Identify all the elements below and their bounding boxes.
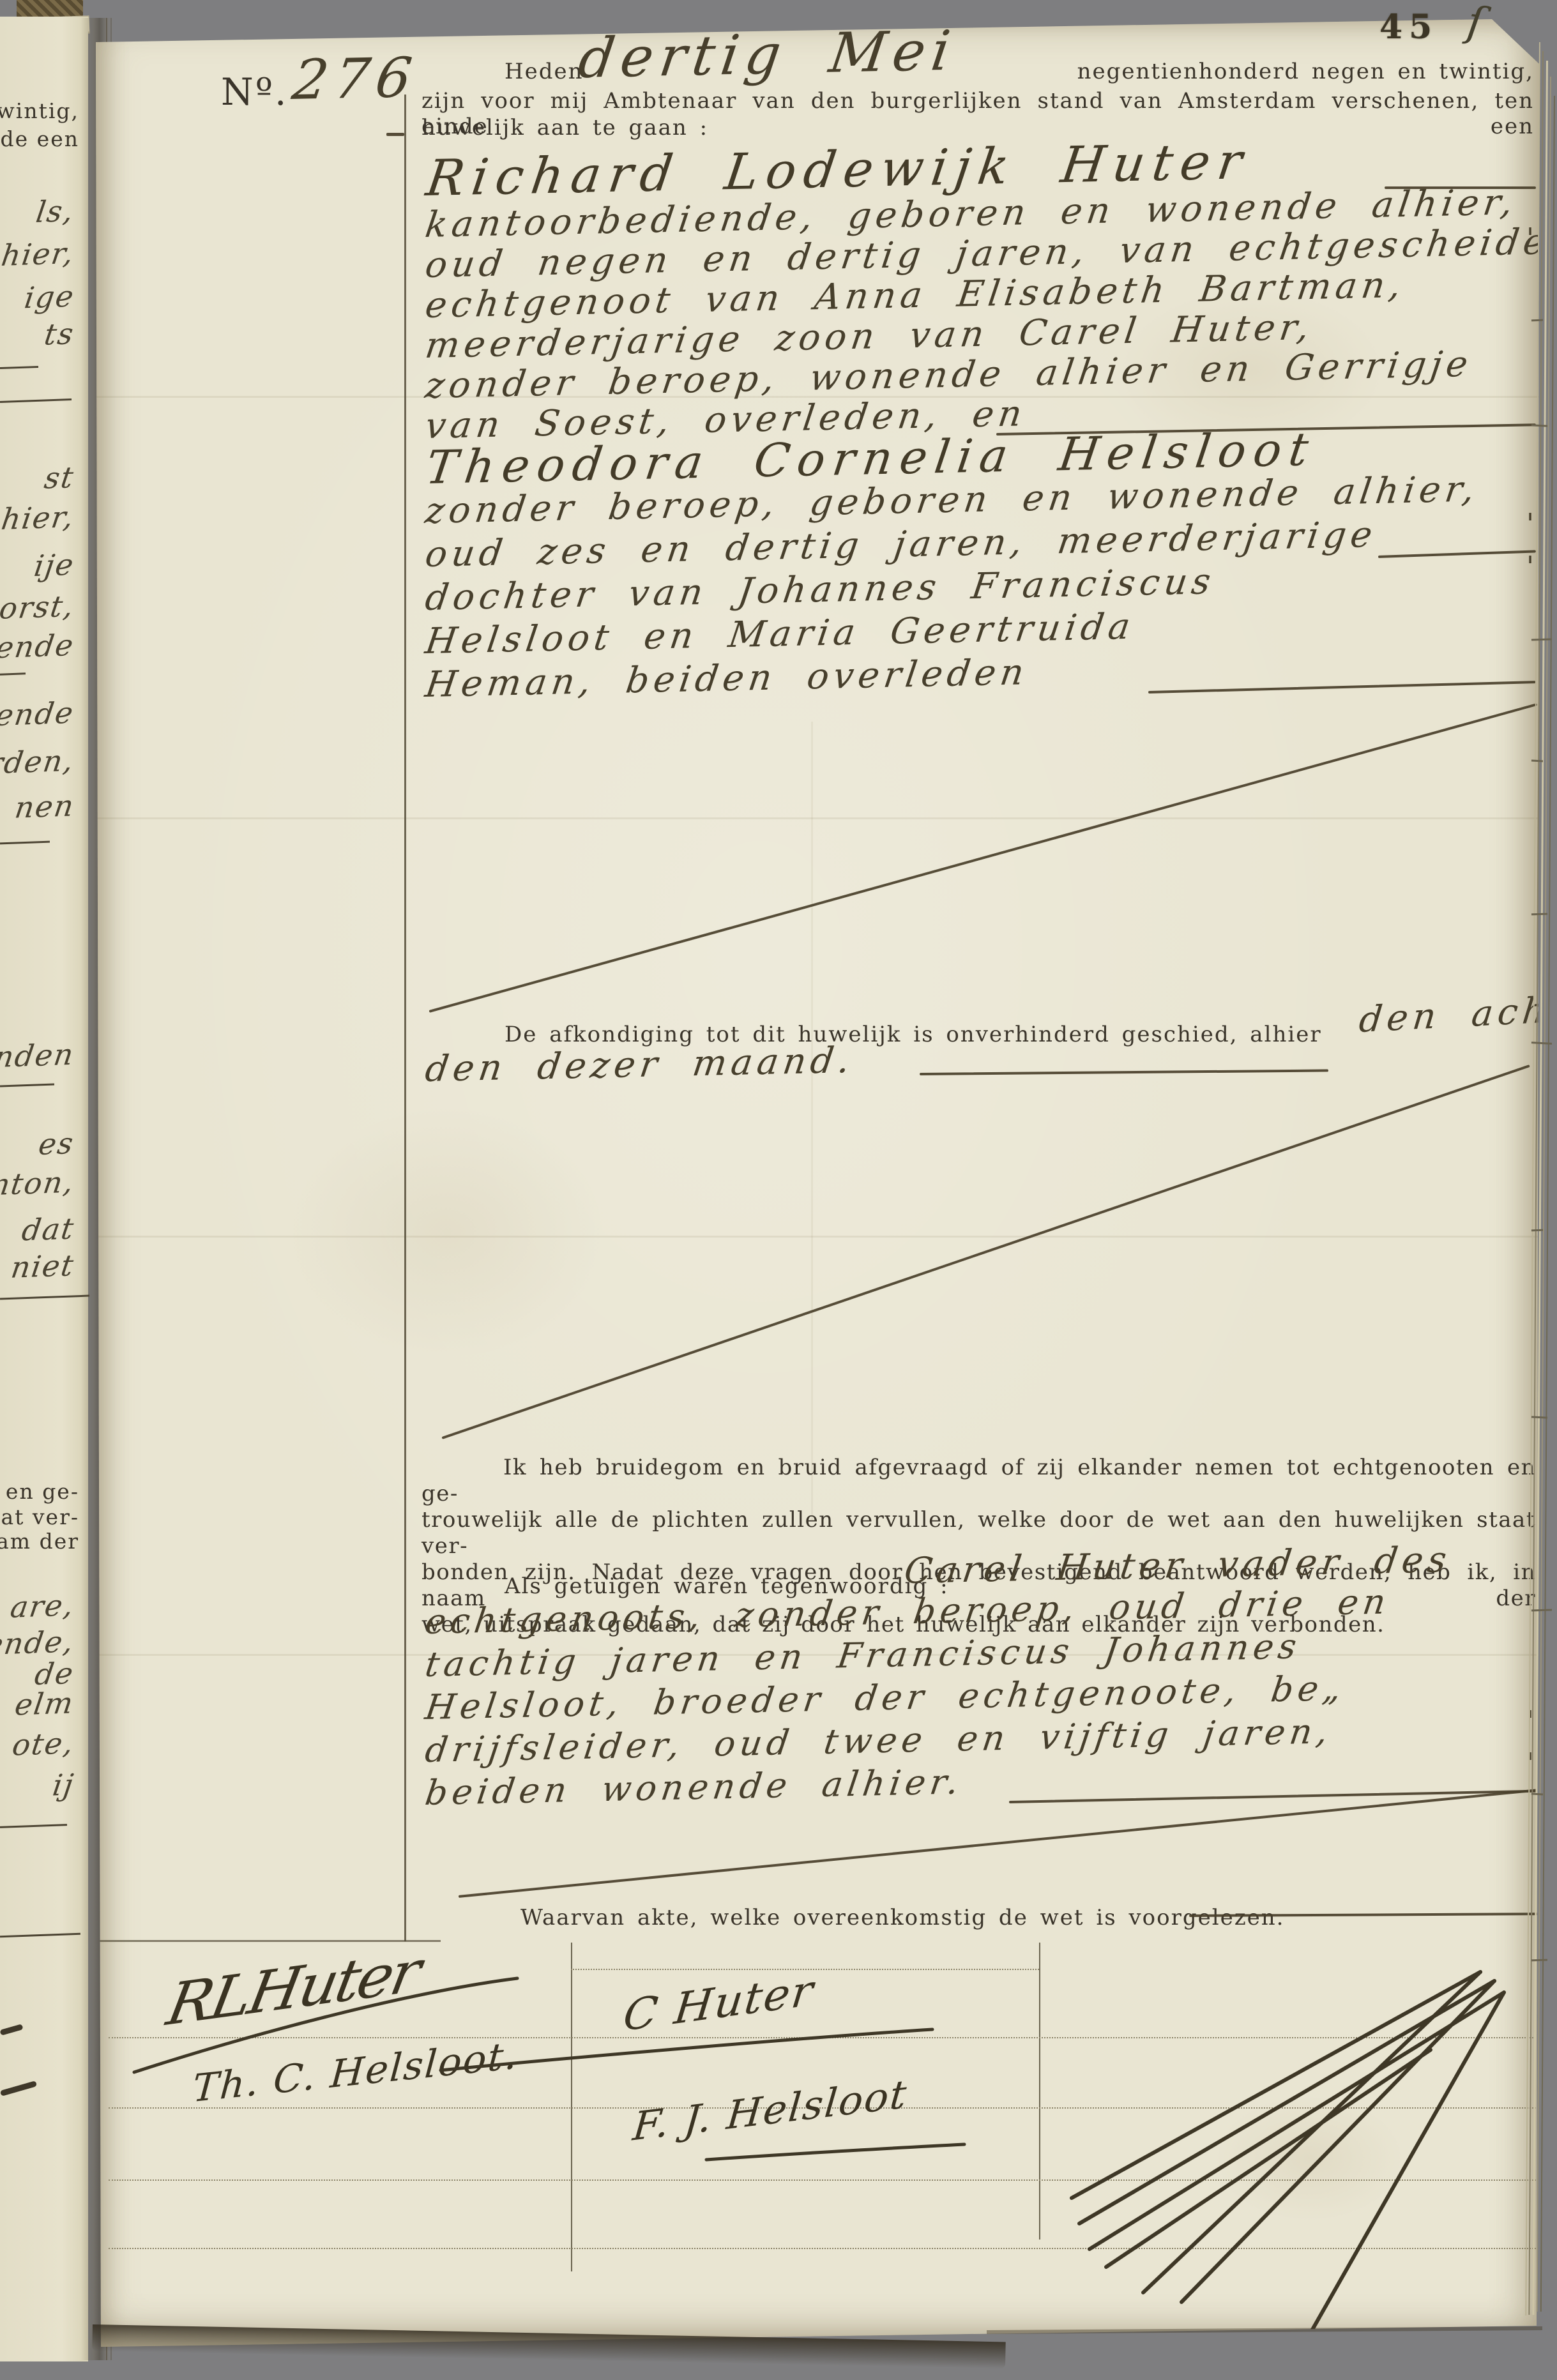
margin-fragment-0: wintig,: [0, 98, 79, 123]
margin-fragment-22: dat: [20, 1211, 77, 1248]
margin-fragment-7: [0, 398, 72, 402]
act-number-value: 276: [289, 46, 422, 112]
ink-flourish-line: [920, 1069, 1328, 1075]
handwritten-date: dertig Mei: [575, 19, 961, 91]
witness-line-4: beiden wonende alhier.: [423, 1761, 966, 1813]
margin-fragment-11: lorst,: [0, 589, 77, 626]
margin-fragment-1: de een: [1, 126, 79, 151]
margin-fragment-3: hier,: [0, 236, 77, 273]
printed-afkondiging: De afkondiging tot dit huwelijk is onver…: [505, 1022, 1322, 1047]
margin-fragment-36: [0, 2024, 24, 2036]
ink-dash: [1148, 681, 1536, 694]
act-number-dash: [386, 133, 404, 136]
margin-fragment-8: st: [42, 460, 77, 496]
margin-continuation-mark-4: ': [1526, 1747, 1534, 1780]
page-stack-rule-tick-6: [1531, 1229, 1543, 1231]
margin-fragment-35: [0, 1933, 80, 1937]
printed-closing: Waarvan akte, welke overeenkomstig de we…: [520, 1905, 1284, 1930]
act-number-label: Nº.: [221, 70, 288, 114]
margin-fragment-24: [0, 1295, 89, 1300]
page-number-stamp: 45: [1379, 8, 1438, 47]
margin-continuation-mark-2: ': [1526, 550, 1534, 583]
paper-stain: [287, 1105, 607, 1360]
signature-grid-vline: [1039, 1943, 1040, 2240]
printed-heden: Heden: [505, 59, 584, 84]
margin-fragment-2: ls,: [34, 193, 77, 229]
signature-grid-dotted-line: [109, 2037, 1536, 2038]
signature-grid-dotted-line: [109, 2248, 1536, 2249]
handwritten-afkondiging-date: den achttien„: [1357, 983, 1557, 1041]
margin-fragment-27: aam der: [0, 1529, 79, 1554]
margin-fragment-10: ije: [32, 547, 77, 583]
margin-fragment-28: are,: [8, 1588, 77, 1624]
signature-grid-dotted-line: [109, 2179, 1536, 2181]
margin-fragment-33: ij: [50, 1767, 77, 1802]
printed-intro-line3: huwelijk aan te gaan :: [422, 115, 708, 140]
witness-brother-signature-flourish: [706, 2144, 964, 2160]
margin-continuation-mark-1: ': [1526, 508, 1534, 540]
paper-crease: [811, 722, 813, 1520]
margin-fragment-34: [0, 1824, 67, 1828]
margin-fragment-19: [0, 1084, 54, 1087]
margin-fragment-13: [0, 672, 26, 675]
margin-fragment-18: nden: [0, 1037, 77, 1074]
marriage-certificate-page: Nº. 276 Heden dertig Mei negentienhonder…: [96, 19, 1540, 2347]
margin-fragment-23: niet: [9, 1248, 77, 1284]
margin-fragment-17: [0, 841, 50, 844]
margin-fragment-6: [0, 366, 38, 369]
margin-fragment-16: nen: [12, 788, 77, 824]
margin-fragment-25: n en ge-: [0, 1479, 79, 1504]
printed-year: negentienhonderd negen en twintig,: [1077, 59, 1534, 84]
margin-fragment-31: elm: [13, 1685, 77, 1722]
paper-crease: [96, 817, 1540, 819]
margin-fragment-32: ote,: [10, 1725, 77, 1762]
margin-column-rule: [404, 95, 406, 1941]
margin-fragment-4: ige: [22, 279, 77, 315]
signature-bride: Th. C. Helsloot.: [191, 2033, 520, 2111]
margin-fragment-5: ts: [42, 316, 77, 352]
margin-fragment-12: diende: [0, 628, 77, 666]
margin-continuation-mark-0: ': [1526, 222, 1534, 255]
margin-fragment-26: taat ver-: [0, 1505, 79, 1529]
previous-page-edge: wintig,de eenls,hier,igetssthier,ijelors…: [0, 17, 88, 2361]
signature-witness-brother: F. J. Helsloot: [631, 2071, 909, 2150]
page-stack-rule-tick-10: [1531, 1959, 1547, 1961]
margin-fragment-37: [0, 2081, 37, 2096]
paper-stain: [1213, 2095, 1405, 2222]
page-stack-rule-tick-2: [1531, 638, 1552, 640]
ink-dash: [1378, 550, 1536, 558]
handwritten-afkondiging-line2: den dezer maand.: [423, 1040, 857, 1090]
page-stack-rule-tick-8: [1531, 1609, 1552, 1611]
margin-fragment-14: ende: [0, 695, 77, 732]
margin-fragment-15: rden,: [0, 743, 77, 781]
blank-space-strike-line: [429, 703, 1537, 1012]
margin-fragment-20: es: [36, 1126, 77, 1162]
signature-groom: RLHuter: [162, 1937, 424, 2038]
signature-witness-father: C Huter: [621, 1966, 817, 2042]
margin-fragment-21: nton,: [0, 1165, 77, 1202]
margin-fragment-9: hier,: [0, 499, 77, 536]
printed-vows-line-0: Ik heb bruidegom en bruid afgevraagd of …: [422, 1455, 1536, 1507]
photographed-register-page: wintig,de eenls,hier,igetssthier,ijelors…: [0, 0, 1557, 2380]
